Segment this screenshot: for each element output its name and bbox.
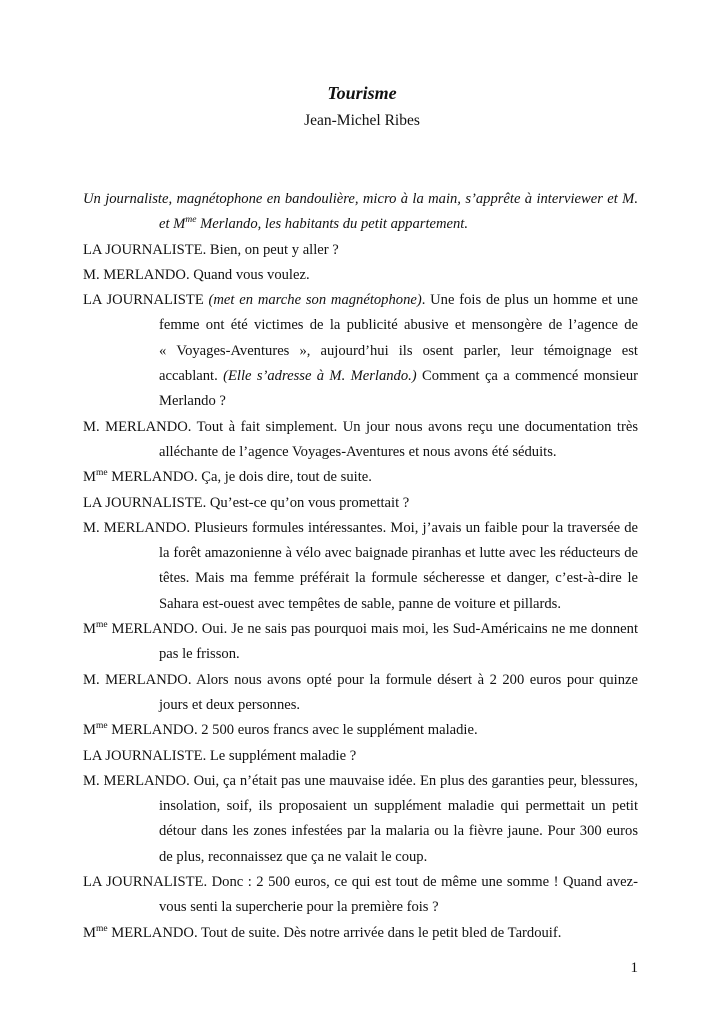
- text-run: M: [83, 722, 96, 738]
- text-run: Merlando, les habitants du petit apparte…: [196, 216, 468, 232]
- text-run: LA JOURNALISTE. Bien, on peut y aller ?: [83, 242, 339, 258]
- stage-direction: Un journaliste, magnétophone en bandouli…: [83, 187, 638, 238]
- dialogue-journaliste: LA JOURNALISTE. Donc : 2 500 euros, ce q…: [83, 870, 638, 921]
- text-run: MERLANDO. Ça, je dois dire, tout de suit…: [108, 469, 372, 485]
- text-run: (met en marche son magnétophone): [209, 292, 422, 308]
- text-run: M: [83, 469, 96, 485]
- superscript-run: me: [96, 620, 108, 630]
- text-run: MERLANDO. Oui. Je ne sais pas pourquoi m…: [108, 621, 638, 662]
- dialogue-journaliste: LA JOURNALISTE. Bien, on peut y aller ?: [83, 238, 638, 263]
- dialogue-m-merlando: M. MERLANDO. Oui, ça n’était pas une mau…: [83, 769, 638, 870]
- text-run: LA JOURNALISTE. Donc : 2 500 euros, ce q…: [83, 874, 638, 915]
- text-run: (Elle s’adresse à M. Merlando.): [223, 368, 417, 384]
- dialogue-journaliste: LA JOURNALISTE. Qu’est-ce qu’on vous pro…: [83, 491, 638, 516]
- author: Jean-Michel Ribes: [0, 109, 724, 132]
- text-run: M. MERLANDO. Alors nous avons opté pour …: [83, 672, 638, 713]
- text-run: M. MERLANDO. Oui, ça n’était pas une mau…: [83, 773, 638, 865]
- text-run: LA JOURNALISTE. Qu’est-ce qu’on vous pro…: [83, 495, 409, 511]
- dialogue-journaliste: LA JOURNALISTE (met en marche son magnét…: [83, 288, 638, 414]
- dialogue-m-merlando: M. MERLANDO. Quand vous voulez.: [83, 263, 638, 288]
- dialogue-m-merlando: M. MERLANDO. Tout à fait simplement. Un …: [83, 415, 638, 466]
- text-run: M: [83, 925, 96, 941]
- superscript-run: me: [96, 721, 108, 731]
- text-run: M. MERLANDO. Quand vous voulez.: [83, 267, 310, 283]
- dialogue-journaliste: LA JOURNALISTE. Le supplément maladie ?: [83, 744, 638, 769]
- dialogue-mme-merlando: Mme MERLANDO. Ça, je dois dire, tout de …: [83, 465, 638, 490]
- text-run: MERLANDO. 2 500 euros francs avec le sup…: [108, 722, 478, 738]
- superscript-run: me: [96, 924, 108, 934]
- page-number: 1: [631, 957, 639, 980]
- text-run: M. MERLANDO. Tout à fait simplement. Un …: [83, 419, 638, 460]
- script-body: Un journaliste, magnétophone en bandouli…: [83, 187, 638, 946]
- text-run: LA JOURNALISTE: [83, 292, 209, 308]
- text-run: MERLANDO. Tout de suite. Dès notre arriv…: [108, 925, 562, 941]
- superscript-run: me: [96, 468, 108, 478]
- dialogue-mme-merlando: Mme MERLANDO. Oui. Je ne sais pas pourqu…: [83, 617, 638, 668]
- text-run: LA JOURNALISTE. Le supplément maladie ?: [83, 748, 356, 764]
- dialogue-m-merlando: M. MERLANDO. Plusieurs formules intéress…: [83, 516, 638, 617]
- text-run: M: [83, 621, 96, 637]
- dialogue-mme-merlando: Mme MERLANDO. 2 500 euros francs avec le…: [83, 718, 638, 743]
- text-run: M. MERLANDO. Plusieurs formules intéress…: [83, 520, 638, 612]
- page-title: Tourisme: [0, 82, 724, 105]
- superscript-run: me: [185, 215, 196, 225]
- document-page: Tourisme Jean-Michel Ribes Un journalist…: [0, 0, 724, 1024]
- dialogue-m-merlando: M. MERLANDO. Alors nous avons opté pour …: [83, 668, 638, 719]
- dialogue-mme-merlando: Mme MERLANDO. Tout de suite. Dès notre a…: [83, 921, 638, 946]
